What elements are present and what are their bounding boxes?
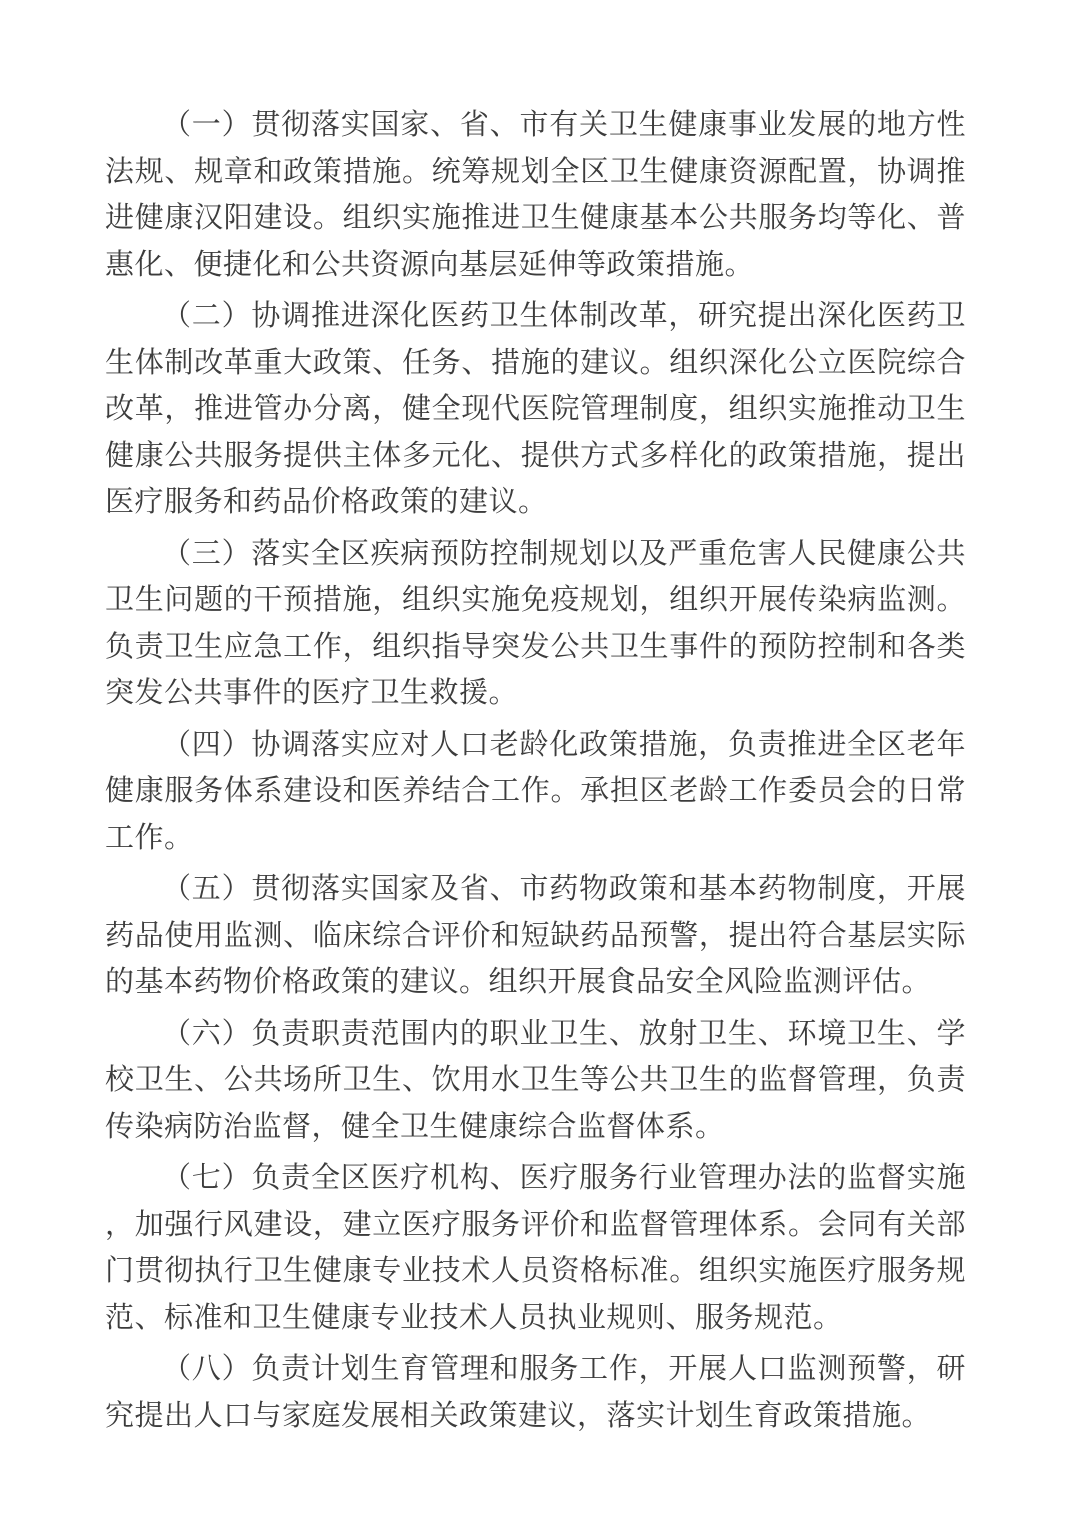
document-body: （一）贯彻落实国家、省、市有关卫生健康事业发展的地方性法规、规章和政策措施。统筹…: [105, 102, 966, 1439]
clause-4-paragraph: （四）协调落实应对人口老龄化政策措施，负责推进全区老年健康服务体系建设和医养结合…: [105, 722, 966, 862]
clause-7-paragraph: （七）负责全区医疗机构、医疗服务行业管理办法的监督实施，加强行风建设，建立医疗服…: [105, 1155, 966, 1341]
clause-6-paragraph: （六）负责职责范围内的职业卫生、放射卫生、环境卫生、学校卫生、公共场所卫生、饮用…: [105, 1011, 966, 1151]
clause-2-paragraph: （二）协调推进深化医药卫生体制改革，研究提出深化医药卫生体制改革重大政策、任务、…: [105, 293, 966, 526]
clause-5-paragraph: （五）贯彻落实国家及省、市药物政策和基本药物制度，开展药品使用监测、临床综合评价…: [105, 866, 966, 1006]
clause-8-paragraph: （八）负责计划生育管理和服务工作，开展人口监测预警，研究提出人口与家庭发展相关政…: [105, 1346, 966, 1439]
clause-1-paragraph: （一）贯彻落实国家、省、市有关卫生健康事业发展的地方性法规、规章和政策措施。统筹…: [105, 102, 966, 288]
clause-3-paragraph: （三）落实全区疾病预防控制规划以及严重危害人民健康公共卫生问题的干预措施，组织实…: [105, 531, 966, 717]
document-page: （一）贯彻落实国家、省、市有关卫生健康事业发展的地方性法规、规章和政策措施。统筹…: [0, 0, 1074, 1518]
